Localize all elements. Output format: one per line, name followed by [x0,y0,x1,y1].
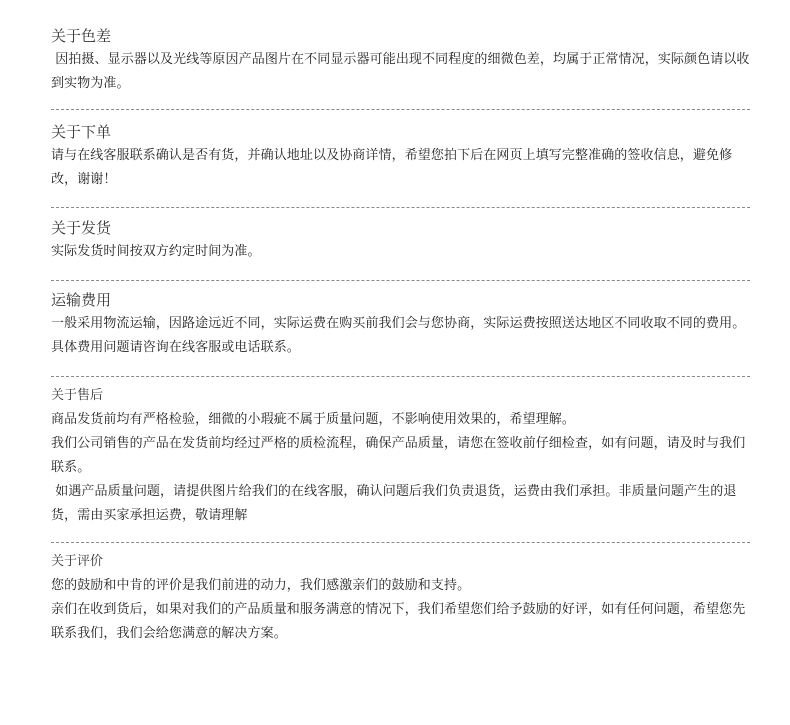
section-title: 关于售后 [51,386,751,406]
section-title: 运输费用 [51,290,751,310]
store-policy-page: 关于色差 因拍摄、显示器以及光线等原因产品图片在不同显示器可能出现不同程度的细微… [0,0,790,725]
section-paragraph: 您的鼓励和中肯的评价是我们前进的动力，我们感激亲们的鼓励和支持。 [51,574,751,598]
section-paragraph: 我们公司销售的产品在发货前均经过严格的质检流程，确保产品质量，请您在签收前仔细检… [51,432,751,480]
section-title: 关于评价 [51,552,751,572]
section-shipping: 关于发货 实际发货时间按双方约定时间为准。 [51,218,751,264]
section-title: 关于色差 [51,26,751,46]
section-ordering: 关于下单 请与在线客服联系确认是否有货，并确认地址以及协商详情，希望您拍下后在网… [51,122,751,192]
section-color-difference: 关于色差 因拍摄、显示器以及光线等原因产品图片在不同显示器可能出现不同程度的细微… [51,26,751,96]
section-paragraph: 请与在线客服联系确认是否有货，并确认地址以及协商详情，希望您拍下后在网页上填写完… [51,144,751,192]
section-paragraph: 一般采用物流运输，因路途远近不同，实际运费在购买前我们会与您协商，实际运费按照送… [51,312,751,360]
dashed-divider [51,109,750,110]
section-title: 关于下单 [51,122,751,142]
section-paragraph: 亲们在收到货后，如果对我们的产品质量和服务满意的情况下，我们希望您们给予鼓励的好… [51,598,751,646]
section-after-sales: 关于售后 商品发货前均有严格检验，细微的小瑕疵不属于质量问题，不影响使用效果的，… [51,386,751,528]
section-paragraph: 商品发货前均有严格检验，细微的小瑕疵不属于质量问题，不影响使用效果的，希望理解。 [51,408,751,432]
section-reviews: 关于评价 您的鼓励和中肯的评价是我们前进的动力，我们感激亲们的鼓励和支持。 亲们… [51,552,751,646]
section-title: 关于发货 [51,218,751,238]
section-paragraph: 因拍摄、显示器以及光线等原因产品图片在不同显示器可能出现不同程度的细微色差，均属… [51,48,751,96]
section-shipping-fees: 运输费用 一般采用物流运输，因路途远近不同，实际运费在购买前我们会与您协商，实际… [51,290,751,360]
dashed-divider [51,280,750,281]
dashed-divider [51,542,750,543]
dashed-divider [51,207,750,208]
section-paragraph: 如遇产品质量问题，请提供图片给我们的在线客服，确认问题后我们负责退货，运费由我们… [51,480,751,528]
dashed-divider [51,376,750,377]
section-paragraph: 实际发货时间按双方约定时间为准。 [51,240,751,264]
